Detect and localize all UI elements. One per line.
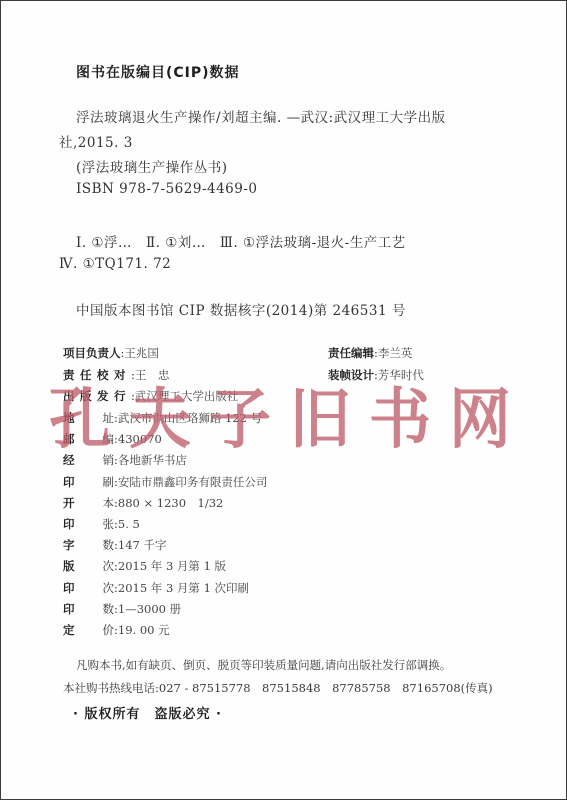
detail-row: 字数:147 千字 [63,536,166,554]
detail-label-first: 印次 [63,580,114,596]
credit-designer: 装帧设计:芳华时代 [328,366,424,384]
detail-label-first: 版次 [63,558,114,574]
cip-classification-2: Ⅳ. ①TQ171. 72 [59,256,171,272]
credit-proofreader: 责任校对:王 忠 [63,366,169,384]
detail-value: 2015 年 3 月第 1 版 [118,558,226,574]
detail-value: 安陆市鼎鑫印务有限责任公司 [118,474,268,490]
credit-label: 装帧设计 [328,367,374,383]
cip-title-line: 浮法玻璃退火生产操作/刘超主编. —武汉:武汉理工大学出版 [76,106,446,126]
detail-value: 武汉市洪山区珞狮路 122 号 [118,410,262,426]
credit-label: 责任校对 [63,367,131,383]
detail-value: 各地新华书店 [118,452,187,468]
detail-label-first: 邮编 [63,431,114,447]
detail-label-first: 地址 [63,410,114,426]
detail-row: 定价:19. 00 元 [63,621,170,639]
credit-label: 出版发行 [63,388,131,404]
detail-label-first: 印数 [63,601,114,617]
page-frame: 图书在版编目(CIP)数据 浮法玻璃退火生产操作/刘超主编. —武汉:武汉理工大… [0,0,567,800]
credit-value: 王 忠 [135,367,170,383]
detail-row: 印刷:安陆市鼎鑫印务有限责任公司 [63,473,267,491]
detail-value: 19. 00 元 [118,622,170,638]
detail-value: 2015 年 3 月第 1 次印刷 [118,580,249,596]
detail-row: 开本:880 × 1230 1/32 [63,494,223,512]
credit-label: 责任编辑 [328,345,374,361]
detail-row: 版次:2015 年 3 月第 1 版 [63,557,226,575]
notice-line-1: 凡购本书,如有缺页、倒页、脱页等印装质量问题,请向出版社发行部调换。 [76,657,451,673]
detail-label-first: 开本 [63,495,114,511]
detail-row: 邮编:430070 [63,430,162,448]
detail-value: 147 千字 [118,537,167,553]
credit-value: 芳华时代 [378,367,424,383]
cip-series: (浮法玻璃生产操作丛书) [76,156,228,176]
detail-value: 880 × 1230 1/32 [118,495,224,511]
cip-heading: 图书在版编目(CIP)数据 [76,62,240,82]
detail-label-first: 经销 [63,452,114,468]
credit-project-lead: 项目负责人:王兆国 [63,344,159,362]
detail-label-first: 字数 [63,537,114,553]
cip-publisher-line: 社,2015. 3 [59,131,133,151]
detail-value: 5. 5 [118,517,140,531]
cip-classification-1: Ⅰ. ①浮… Ⅱ. ①刘… Ⅲ. ①浮法玻璃-退火-生产工艺 [76,231,406,251]
detail-row: 印次:2015 年 3 月第 1 次印刷 [63,579,249,597]
detail-row: 地址:武汉市洪山区珞狮路 122 号 [63,409,262,427]
credit-value: 武汉理工大学出版社 [135,388,239,404]
detail-row: 印张:5. 5 [63,515,140,533]
detail-row: 印数:1—3000 册 [63,600,181,618]
cip-number: 中国版本图书馆 CIP 数据核字(2014)第 246531 号 [76,299,406,319]
credit-editor: 责任编辑:李兰英 [328,344,412,362]
detail-label-first: 印张 [63,516,114,532]
detail-value: 1—3000 册 [118,601,181,617]
credit-label: 项目负责人 [63,345,121,361]
cip-isbn: ISBN 978-7-5629-4469-0 [76,181,258,197]
copyright-statement: · 版权所有 盗版必究 · [73,703,222,722]
notice-line-2: 本社购书热线电话:027 - 87515778 87515848 8778575… [63,680,493,696]
detail-row: 经销:各地新华书店 [63,451,187,469]
credit-value: 李兰英 [378,345,413,361]
credit-value: 王兆国 [124,345,159,361]
detail-label-first: 印刷 [63,474,114,490]
detail-value: 430070 [118,432,162,446]
detail-label-first: 定价 [63,622,114,638]
credit-publisher: 出版发行:武汉理工大学出版社 [63,387,238,405]
